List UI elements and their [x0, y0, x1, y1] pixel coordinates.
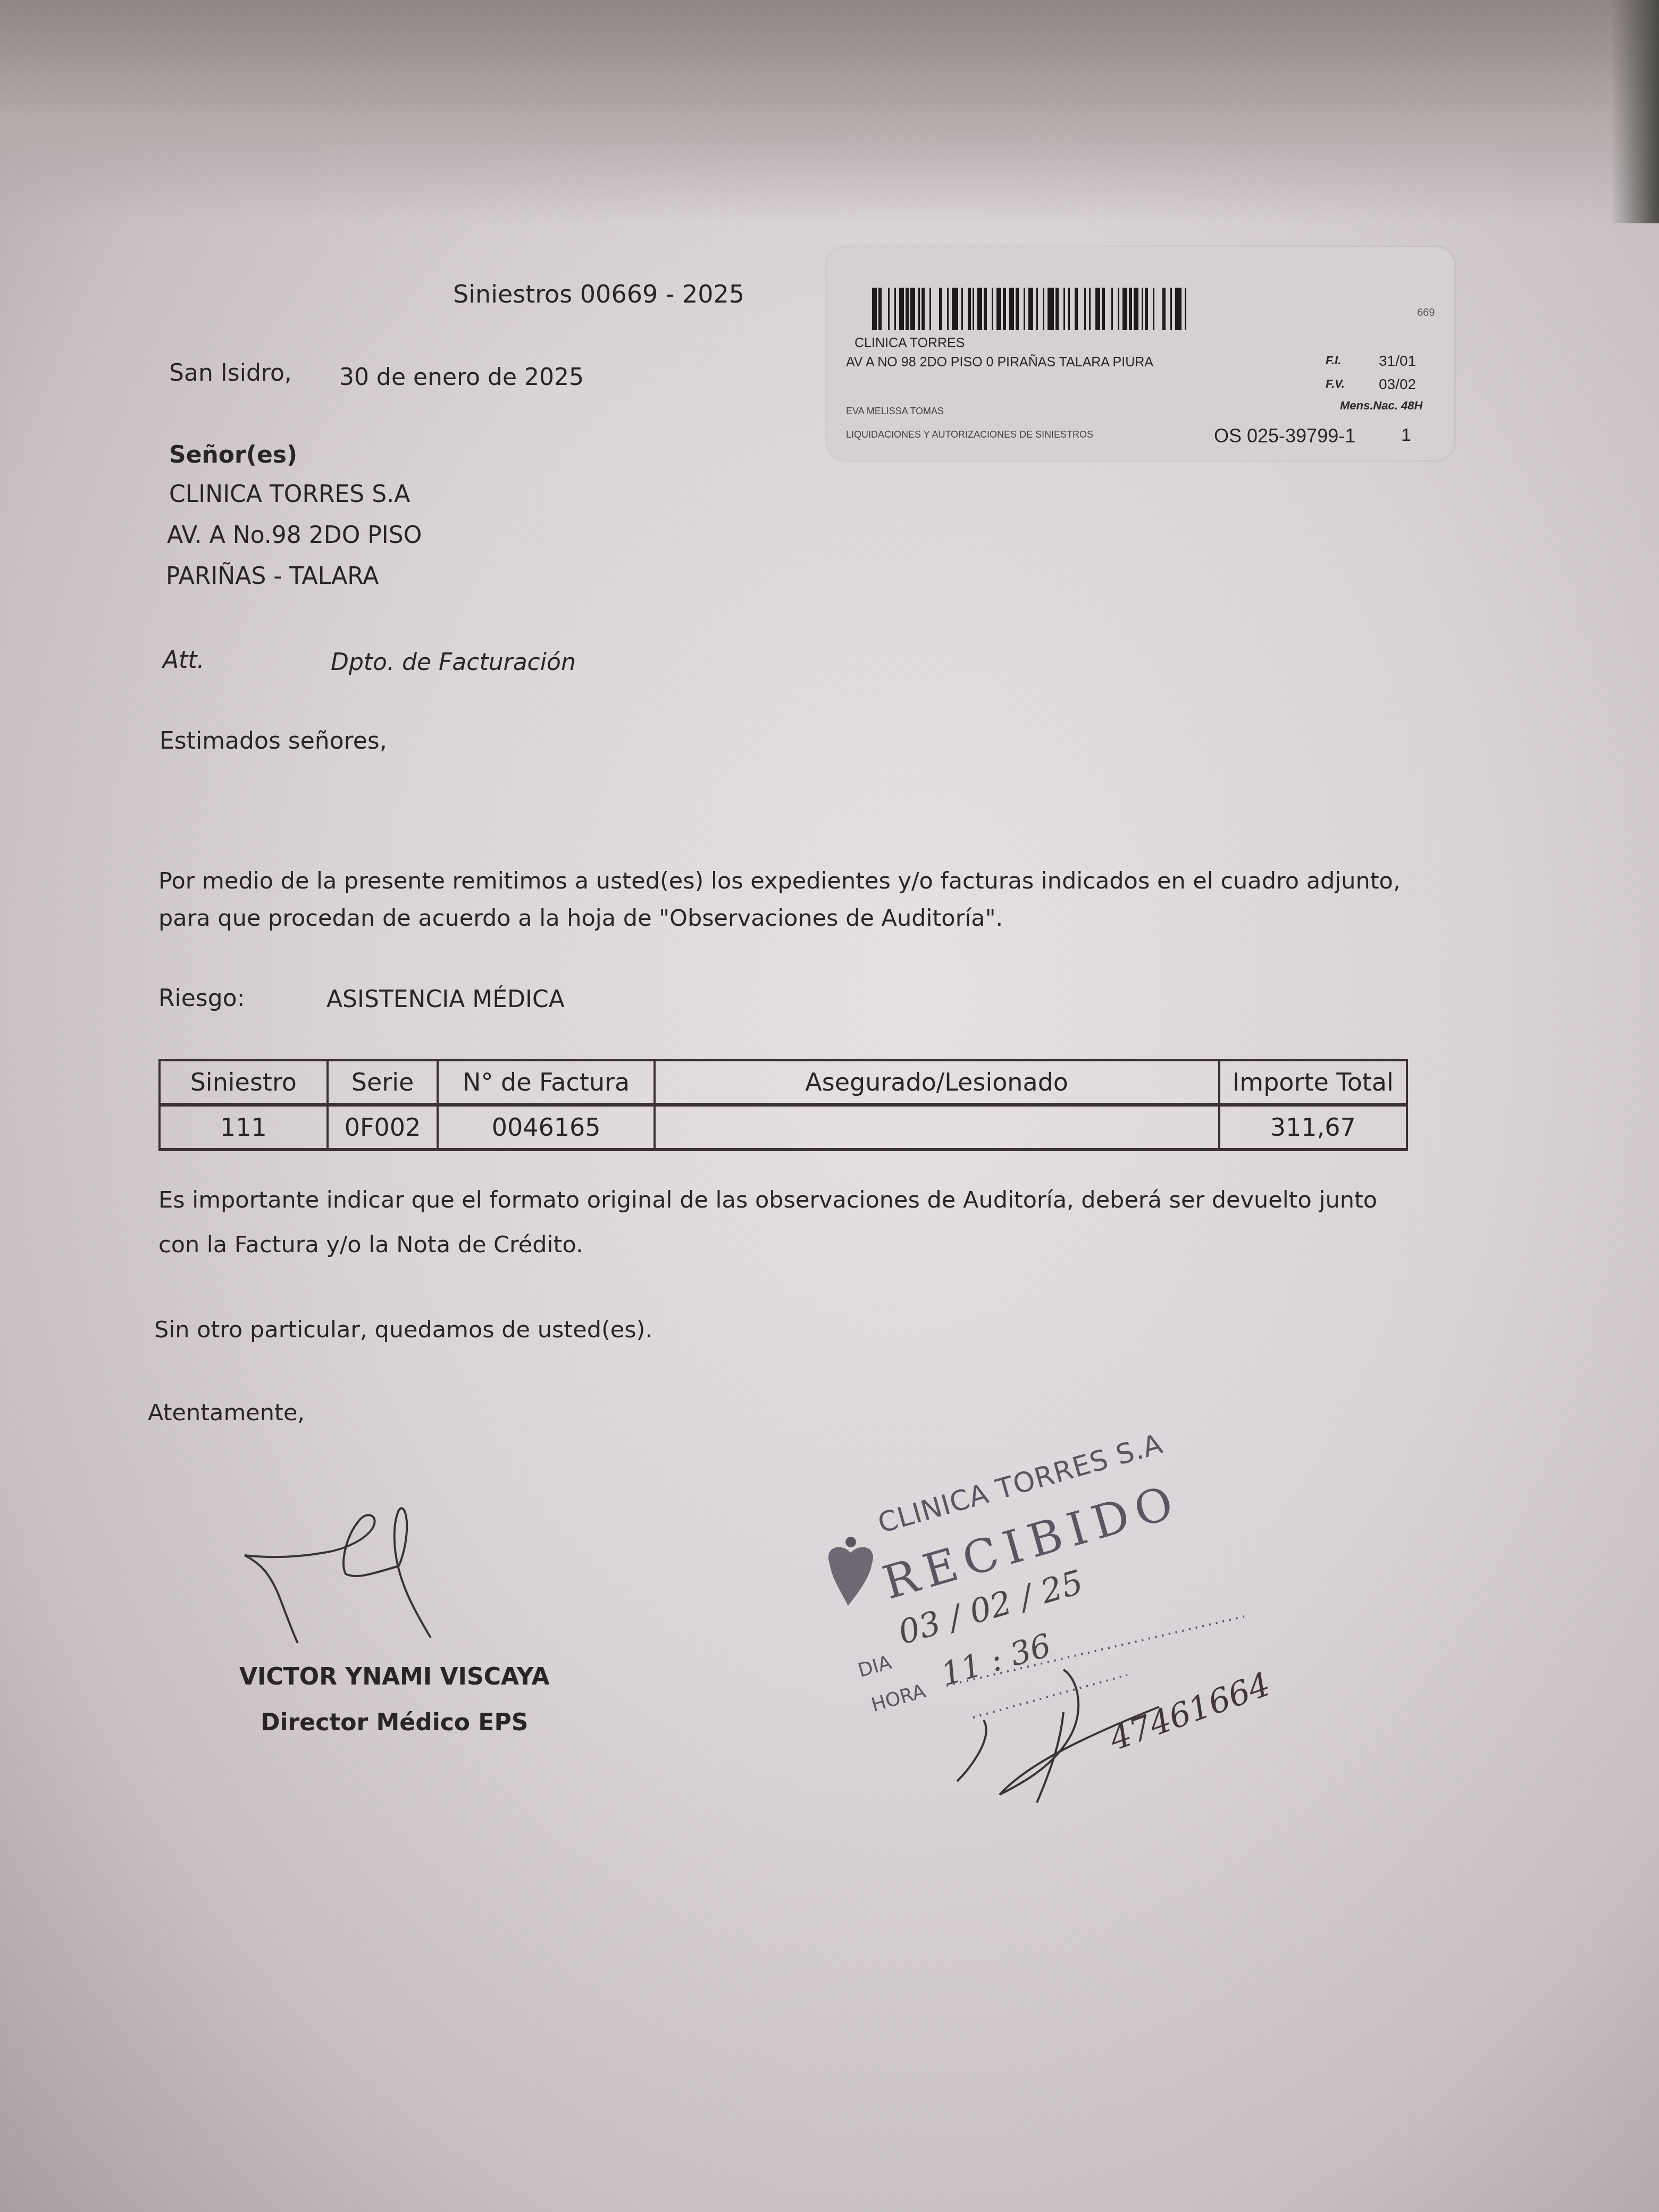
closing-line: Sin otro particular, quedamos de usted(e… — [154, 1319, 652, 1342]
note-line-1: Es importante indicar que el formato ori… — [158, 1189, 1377, 1212]
body-paragraph-line-2: para que procedan de acuerdo a la hoja d… — [158, 907, 1003, 930]
header-factura: N° de Factura — [438, 1060, 654, 1105]
label-mens: Mens.Nac. 48H — [1340, 399, 1422, 413]
header-importe: Importe Total — [1219, 1060, 1407, 1105]
label-os-number: OS 025-39799-1 — [1214, 425, 1355, 447]
label-fv: F.V. — [1326, 377, 1345, 391]
table-header-row: Siniestro Serie N° de Factura Asegurado/… — [160, 1060, 1407, 1105]
recipient-line-1: CLINICA TORRES S.A — [169, 483, 410, 506]
stamp-dia-label: DIA — [856, 1653, 893, 1681]
label-person: EVA MELISSA TOMAS — [846, 406, 944, 417]
label-fi-value: 31/01 — [1379, 353, 1416, 370]
city: San Isidro, — [169, 362, 292, 385]
signer-title: Director Médico EPS — [261, 1711, 528, 1735]
header-siniestro: Siniestro — [160, 1060, 328, 1105]
label-address: AV A NO 98 2DO PISO 0 PIRAÑAS TALARA PIU… — [846, 355, 1153, 370]
routing-label: CLINICA TORRES AV A NO 98 2DO PISO 0 PIR… — [827, 247, 1454, 460]
label-fi: F.I. — [1326, 354, 1341, 367]
recipient-line-3: PARIÑAS - TALARA — [166, 565, 379, 588]
body-paragraph-line-1: Por medio de la presente remitimos a ust… — [158, 870, 1401, 893]
background-edge — [1611, 0, 1659, 223]
label-department: LIQUIDACIONES Y AUTORIZACIONES DE SINIES… — [846, 429, 1093, 440]
received-stamp: CLINICA TORRES S.A RECIBIDO DIA 03 / 02 … — [819, 1446, 1351, 1819]
label-fv-value: 03/02 — [1379, 376, 1416, 393]
header-asegurado: Asegurado/Lesionado — [655, 1060, 1219, 1105]
signer-name: VICTOR YNAMI VISCAYA — [239, 1665, 550, 1689]
reference-number: Siniestros 00669 - 2025 — [453, 282, 744, 306]
cell-importe: 311,67 — [1219, 1105, 1407, 1150]
cell-serie: 0F002 — [328, 1105, 438, 1150]
riesgo-value: ASISTENCIA MÉDICA — [326, 988, 565, 1011]
cell-asegurado — [655, 1105, 1219, 1150]
greeting: Estimados señores, — [160, 730, 387, 753]
label-corner-number: 669 — [1417, 307, 1435, 319]
background-shadow — [0, 0, 1659, 223]
note-line-2: con la Factura y/o la Nota de Crédito. — [158, 1234, 583, 1256]
riesgo-label: Riesgo: — [158, 987, 245, 1010]
cell-factura: 0046165 — [438, 1105, 654, 1150]
barcode — [872, 288, 1191, 330]
stamp-dotted-lines — [904, 1606, 1351, 1808]
recipient-line-2: AV. A No.98 2DO PISO — [167, 524, 422, 547]
letter-date: 30 de enero de 2025 — [339, 366, 584, 389]
label-count: 1 — [1401, 425, 1411, 446]
att-label: Att. — [163, 649, 205, 672]
invoice-table: Siniestro Serie N° de Factura Asegurado/… — [158, 1059, 1408, 1151]
table-row: 111 0F002 0046165 311,67 — [160, 1105, 1407, 1150]
header-serie: Serie — [328, 1060, 438, 1105]
signature-icon — [223, 1499, 500, 1659]
closing-signoff: Atentamente, — [148, 1402, 305, 1425]
cell-siniestro: 111 — [160, 1105, 328, 1150]
salutation-header: Señor(es) — [169, 443, 297, 467]
label-clinic: CLINICA TORRES — [854, 336, 965, 351]
att-value: Dpto. de Facturación — [331, 651, 576, 674]
